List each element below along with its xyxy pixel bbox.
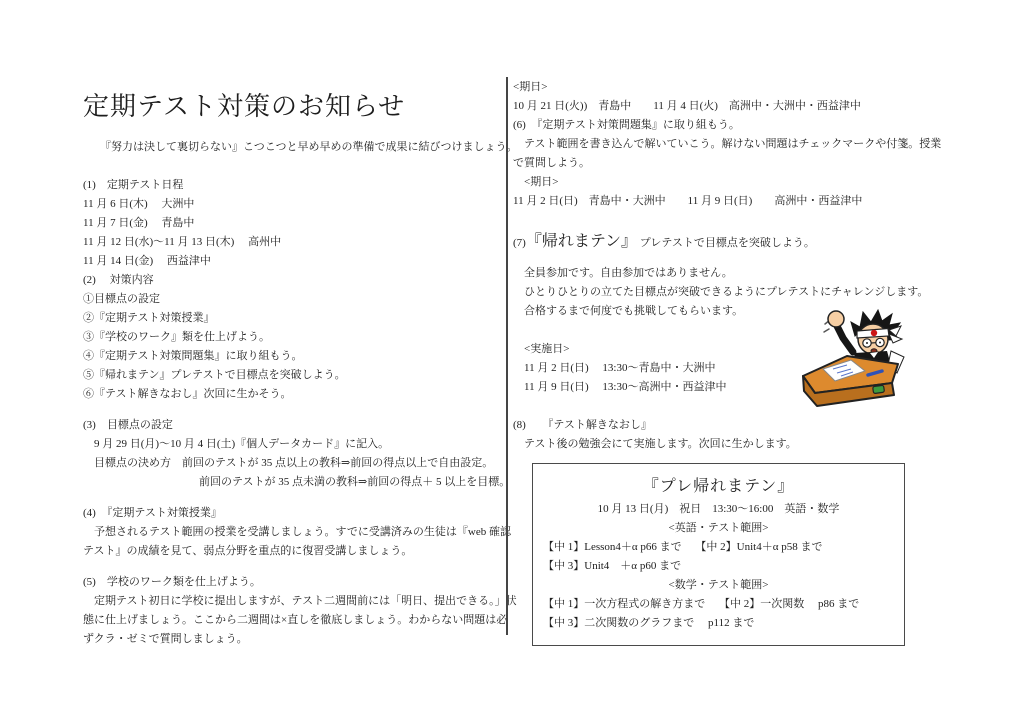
pre-test-date: 10 月 13 日(月) 祝日 13:30～16:00 英語・数学	[533, 500, 904, 519]
test-date-line: 11 月 6 日(木) 大洲中	[83, 195, 507, 214]
schedule-line: 11 月 2 日(日) 13:30～青島中・大洲中	[513, 359, 1005, 378]
section-7-text: ひとりひとりの立てた目標点が突破できるようにプレテストにチャレンジします。	[513, 283, 1005, 302]
right-column: <期日> 10 月 21 日(火)) 青島中 11 月 4 日(火) 高洲中・大…	[513, 78, 1005, 646]
countermeasure-item: ④『定期テスト対策問題集』に取り組もう。	[83, 347, 507, 366]
fist	[828, 311, 844, 327]
page-title: 定期テスト対策のお知らせ	[83, 90, 507, 124]
cheering-student-illustration	[795, 306, 911, 412]
section-8-text: テスト後の勉強会にて実施します。次回に生かします。	[513, 435, 1005, 454]
section-5-text: 定期テスト初日に学校に提出しますが、テスト二週間前には「明日、提出できる。」状	[83, 592, 507, 611]
section-1-heading: (1) 定期テスト日程	[83, 176, 507, 195]
section-7-tagline: プレテストで目標点を突破しよう。	[637, 237, 815, 249]
section-6-text: で質問しよう。	[513, 154, 1005, 173]
section-3-text: 9 月 29 日(月)～10 月 4 日(土)『個人データカード』に記入。	[83, 435, 507, 454]
english-range-line: 【中 1】Lesson4＋α p66 まで 【中 2】Unit4＋α p58 ま…	[533, 538, 904, 557]
document-page: 定期テスト対策のお知らせ 『努力は決して裏切らない』こつこつと早め早めの準備で成…	[0, 0, 1024, 723]
section-3-heading: (3) 目標点の設定	[83, 416, 507, 435]
schedule-line: 11 月 9 日(日) 13:30～高洲中・西益津中	[513, 378, 1005, 397]
deadline-label: <期日>	[513, 78, 1005, 97]
section-5-text: ずクラ・ゼミで質問しましょう。	[83, 630, 507, 649]
english-range-line: 【中 3】Unit4 ＋α p60 まで	[533, 557, 904, 576]
test-date-line: 11 月 7 日(金) 青島中	[83, 214, 507, 233]
section-7-text: 全員参加です。自由参加ではありません。	[513, 264, 1005, 283]
countermeasure-item: ③『学校のワーク』類を仕上げよう。	[83, 328, 507, 347]
left-column: 定期テスト対策のお知らせ 『努力は決して裏切らない』こつこつと早め早めの準備で成…	[83, 90, 507, 649]
eraser	[873, 385, 885, 393]
math-range-label: <数学・テスト範囲>	[533, 576, 904, 595]
math-range-line: 【中 1】一次方程式の解き方まで 【中 2】一次関数 p86 まで	[533, 595, 904, 614]
test-date-line: 11 月 14 日(金) 西益津中	[83, 252, 507, 271]
section-5-heading: (5) 学校のワーク類を仕上げよう。	[83, 573, 507, 592]
section-4-heading: (4) 『定期テスト対策授業』	[83, 504, 507, 523]
section-8-heading: (8) 『テスト解きなおし』	[513, 416, 1005, 435]
left-eye	[866, 342, 868, 344]
section-7-number: (7)	[513, 237, 526, 249]
deadline-dates: 11 月 2 日(日) 青島中・大洲中 11 月 9 日(日) 高洲中・西益津中	[513, 192, 1005, 211]
pre-test-box-title: 『プレ帰れまテン』	[533, 474, 904, 500]
section-6-text: テスト範囲を書き込んで解いていこう。解けない問題はチェックマークや付箋。授業	[513, 135, 1005, 154]
math-range-line: 【中 3】二次関数のグラフまで p112 まで	[533, 614, 904, 633]
raised-arm	[837, 326, 853, 352]
section-2-heading: (2) 対策内容	[83, 271, 507, 290]
section-4-text: テスト』の成績を見て、弱点分野を重点的に復習受講しましょう。	[83, 542, 507, 561]
section-7-title: 『帰れまテン』	[526, 233, 637, 250]
english-range-label: <英語・テスト範囲>	[533, 519, 904, 538]
section-7-heading: (7)『帰れまテン』 プレテストで目標点を突破しよう。	[513, 230, 1005, 255]
headband-sun-circle	[871, 330, 877, 336]
deadline-label: <期日>	[513, 173, 1005, 192]
section-3-text: 前回のテストが 35 点未満の教科⇒前回の得点＋ 5 以上を目標。	[83, 473, 507, 492]
section-6-heading: (6) 『定期テスト対策問題集』に取り組もう。	[513, 116, 1005, 135]
section-7-text: 合格するまで何度でも挑戦してもらいます。	[513, 302, 1005, 321]
deadline-dates: 10 月 21 日(火)) 青島中 11 月 4 日(火) 高洲中・大洲中・西益…	[513, 97, 1005, 116]
countermeasure-item: ①目標点の設定	[83, 290, 507, 309]
right-eye	[879, 342, 881, 344]
column-divider	[506, 77, 508, 635]
section-5-text: 態に仕上げましょう。ここから二週間は×直しを徹底しましょう。わからない問題は必	[83, 611, 507, 630]
countermeasure-item: ②『定期テスト対策授業』	[83, 309, 507, 328]
section-4-text: 予想されるテスト範囲の授業を受講しましょう。すでに受講済みの生徒は『web 確認	[83, 523, 507, 542]
pre-test-box: 『プレ帰れまテン』 10 月 13 日(月) 祝日 13:30～16:00 英語…	[532, 463, 905, 646]
test-date-line: 11 月 12 日(水)～11 月 13 日(木) 高州中	[83, 233, 507, 252]
countermeasure-item: ⑥『テスト解きなおし』次回に生かそう。	[83, 385, 507, 404]
countermeasure-item: ⑤『帰れまテン』プレテストで目標点を突破しよう。	[83, 366, 507, 385]
subtitle: 『努力は決して裏切らない』こつこつと早め早めの準備で成果に結びつけましょう。	[83, 138, 507, 157]
schedule-label: <実施日>	[513, 340, 1005, 359]
section-3-text: 目標点の決め方 前回のテストが 35 点以上の教科⇒前回の得点以上で自由設定。	[83, 454, 507, 473]
